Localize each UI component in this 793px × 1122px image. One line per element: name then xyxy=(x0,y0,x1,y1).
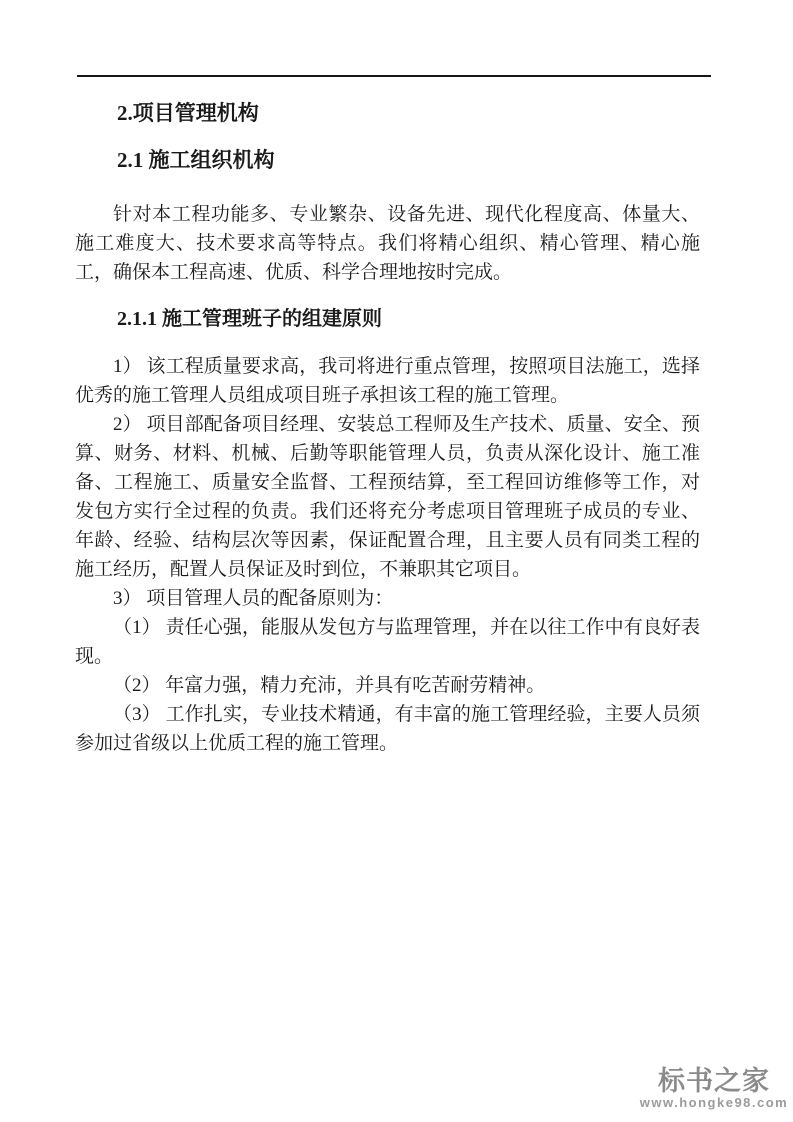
paragraph-item-3: 3） 项目管理人员的配备原则为： xyxy=(75,584,700,613)
heading-team-formation-principles: 2.1.1 施工管理班子的组建原则 xyxy=(75,307,700,331)
intro-paragraph: 针对本工程功能多、专业繁杂、设备先进、现代化程度高、体量大、施工难度大、技术要求… xyxy=(75,200,700,287)
heading-construction-org: 2.1 施工组织机构 xyxy=(75,148,700,172)
paragraph-subitem-2: （2） 年富力强，精力充沛，并具有吃苦耐劳精神。 xyxy=(75,671,700,700)
watermark-url-text: www.hongke98.com xyxy=(638,1096,790,1110)
heading-project-management-org: 2.项目管理机构 xyxy=(75,101,700,125)
paragraph-item-2: 2） 项目部配备项目经理、安装总工程师及生产技术、质量、安全、预算、财务、材料、… xyxy=(75,410,700,584)
document-page: 2.项目管理机构 2.1 施工组织机构 针对本工程功能多、专业繁杂、设备先进、现… xyxy=(0,0,793,1122)
watermark: 标书之家 www.hongke98.com xyxy=(638,1067,790,1110)
document-body: 2.项目管理机构 2.1 施工组织机构 针对本工程功能多、专业繁杂、设备先进、现… xyxy=(75,0,700,758)
paragraph-item-1: 1） 该工程质量要求高，我司将进行重点管理，按照项目法施工，选择优秀的施工管理人… xyxy=(75,352,700,410)
paragraph-subitem-3: （3） 工作扎实，专业技术精通，有丰富的施工管理经验，主要人员须参加过省级以上优… xyxy=(75,700,700,758)
paragraph-subitem-1: （1） 责任心强，能服从发包方与监理管理，并在以往工作中有良好表现。 xyxy=(75,613,700,671)
watermark-logo-text: 标书之家 xyxy=(638,1067,790,1095)
